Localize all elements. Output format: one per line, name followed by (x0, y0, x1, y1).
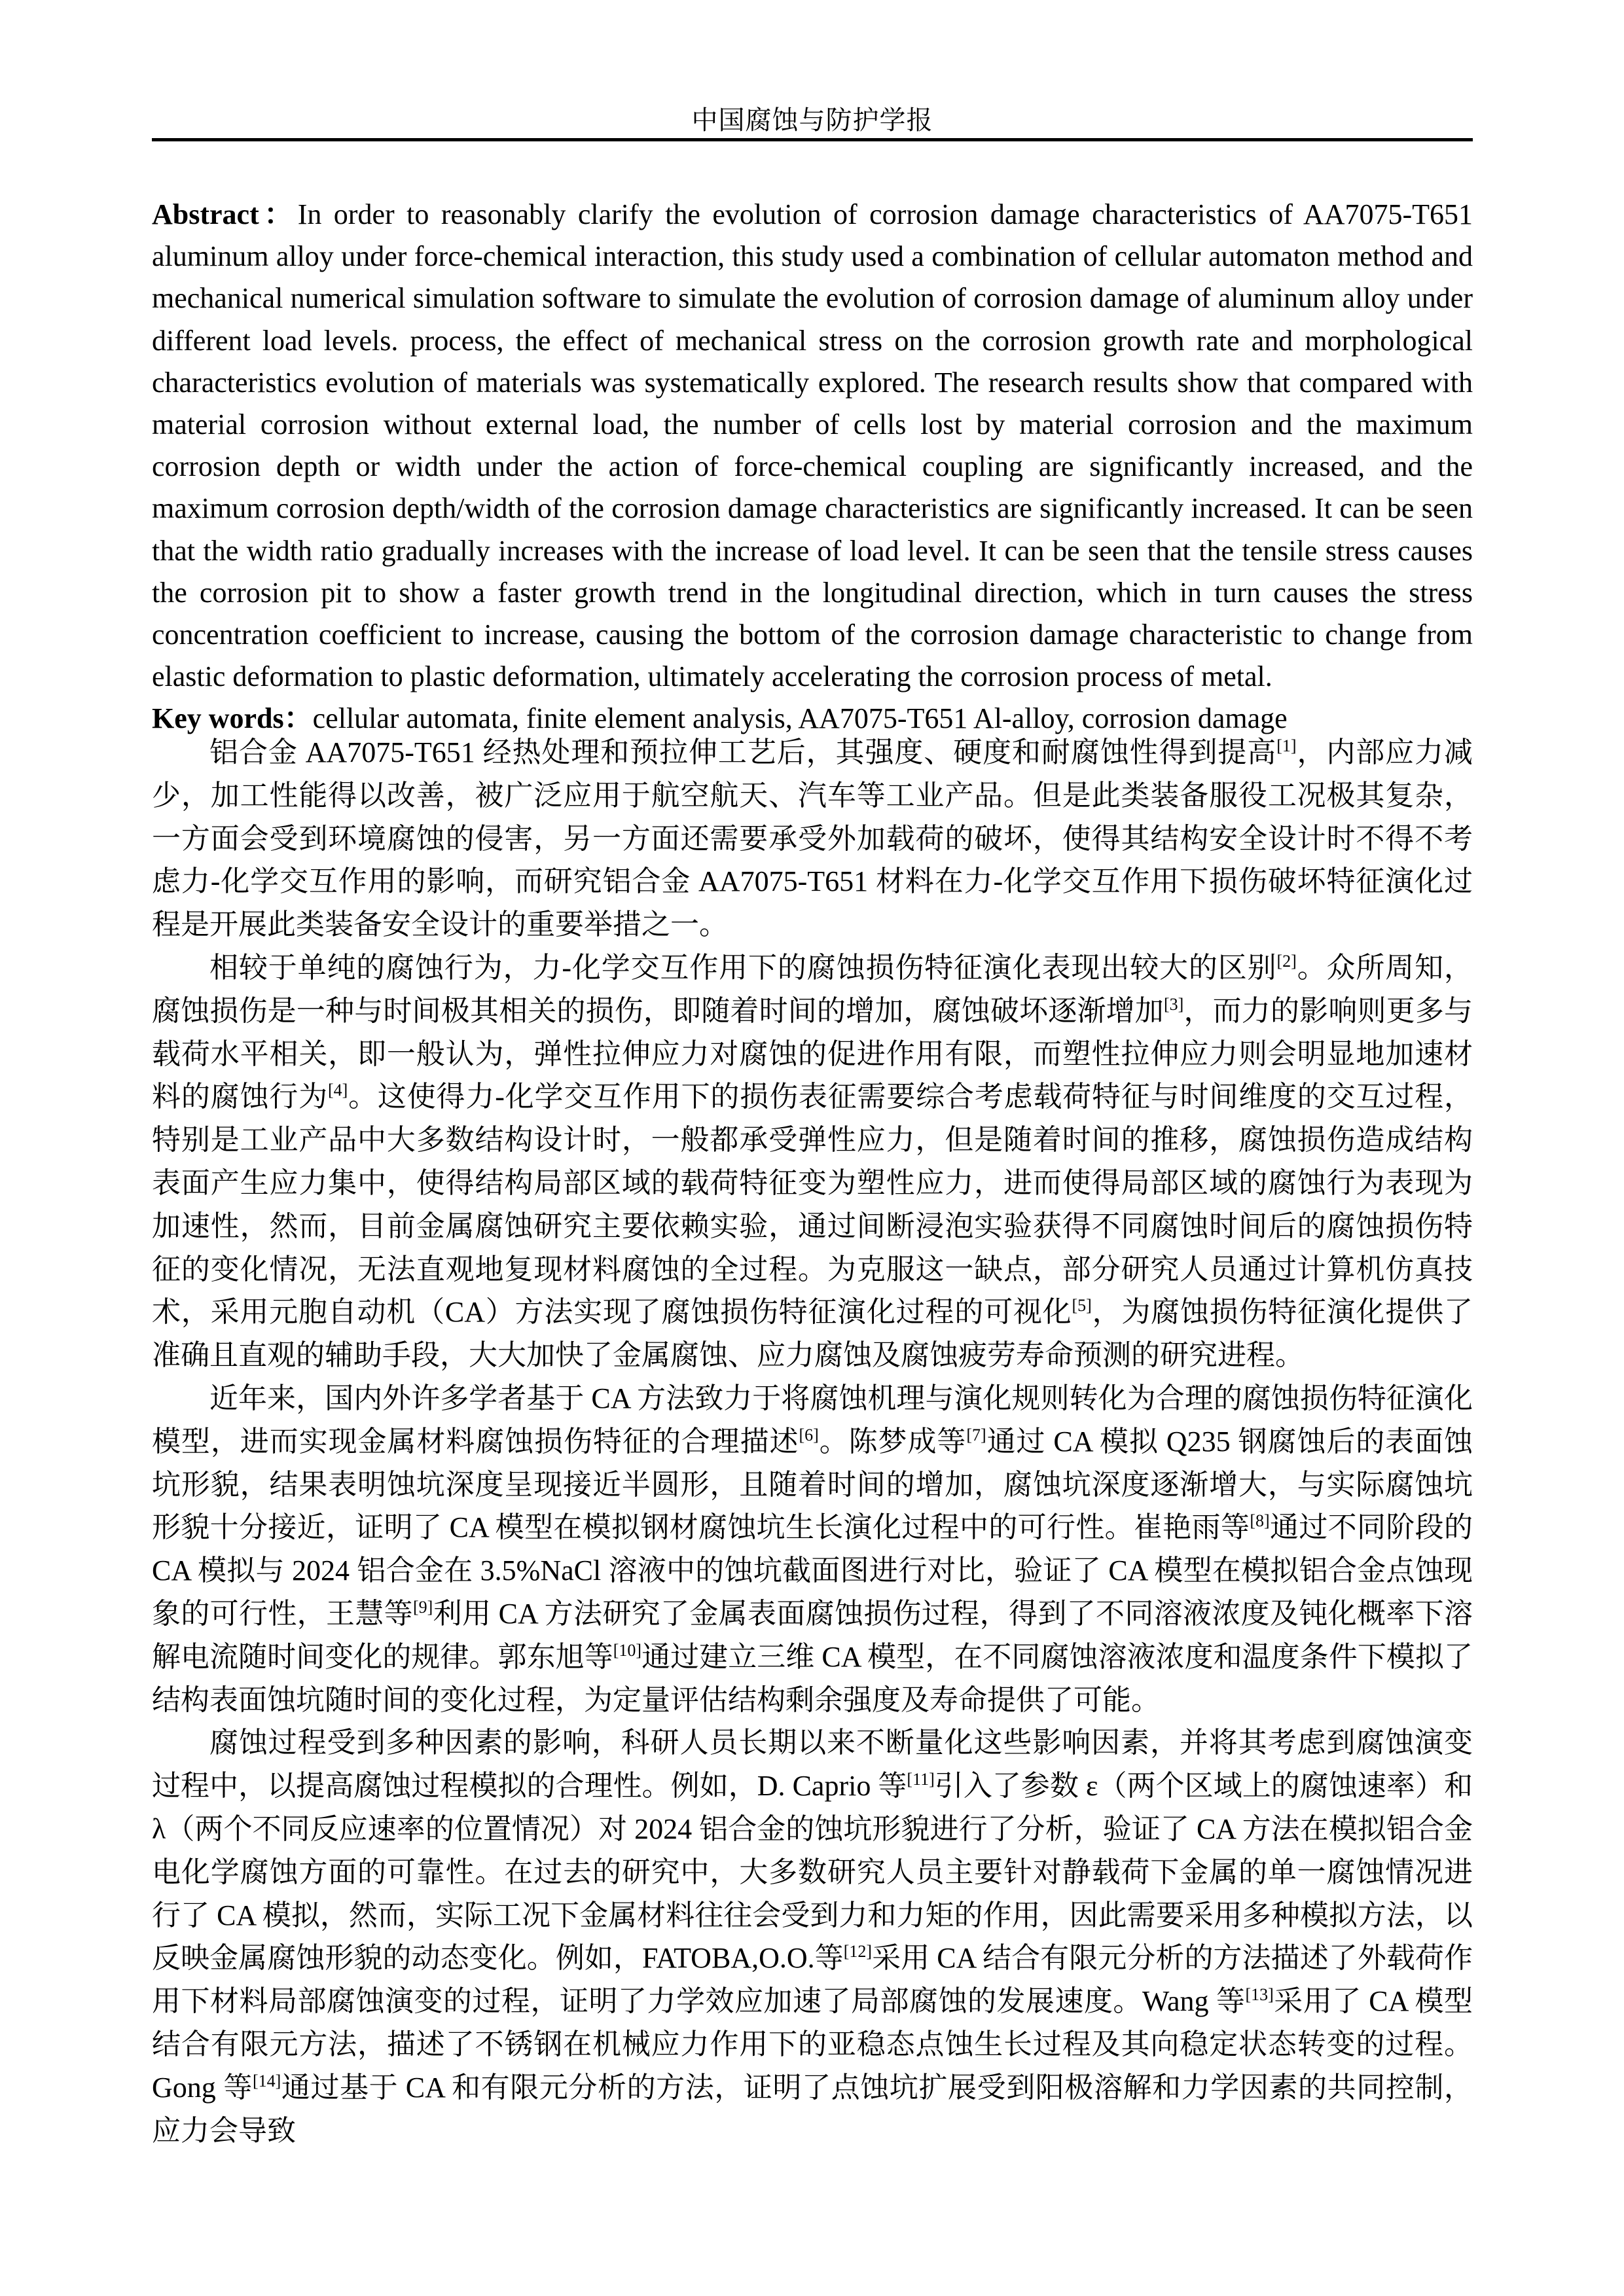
body-paragraph-1: 铝合金 AA7075-T651 经热处理和预拉伸工艺后，其强度、硬度和耐腐蚀性得… (152, 731, 1473, 946)
body-paragraph-3: 近年来，国内外许多学者基于 CA 方法致力于将腐蚀机理与演化规则转化为合理的腐蚀… (152, 1377, 1473, 1721)
abstract-text: In order to reasonably clarify the evolu… (152, 198, 1473, 692)
citation-ref-13: [13] (1245, 1985, 1273, 2004)
keywords-label: Key words： (152, 702, 313, 734)
paragraph-text: 。陈梦成等 (819, 1426, 967, 1458)
citation-ref-8: [8] (1250, 1511, 1269, 1530)
citation-ref-9: [9] (413, 1598, 433, 1617)
abstract-paragraph: Abstract：In order to reasonably clarify … (152, 194, 1473, 698)
citation-ref-3: [3] (1164, 995, 1183, 1014)
citation-ref-12: [12] (844, 1942, 872, 1961)
paragraph-text: 铝合金 AA7075-T651 经热处理和预拉伸工艺后，其强度、硬度和耐腐蚀性得… (209, 736, 1276, 768)
citation-ref-1: [1] (1276, 736, 1296, 755)
citation-ref-6: [6] (799, 1426, 818, 1444)
keywords-text: cellular automata, finite element analys… (313, 702, 1288, 734)
citation-ref-11: [11] (907, 1770, 934, 1789)
citation-ref-4: [4] (328, 1081, 348, 1100)
paragraph-text: 通过基于 CA 和有限元分析的方法，证明了点蚀坑扩展受到阳极溶解和力学因素的共同… (152, 2072, 1473, 2147)
citation-ref-2: [2] (1277, 952, 1297, 971)
citation-ref-7: [7] (966, 1426, 986, 1444)
header-divider (152, 138, 1473, 141)
journal-running-header: 中国腐蚀与防护学报 (152, 105, 1473, 136)
abstract-label: Abstract： (152, 198, 298, 230)
body-paragraph-4: 腐蚀过程受到多种因素的影响，科研人员长期以来不断量化这些影响因素，并将其考虑到腐… (152, 1721, 1473, 2152)
introduction-body: 铝合金 AA7075-T651 经热处理和预拉伸工艺后，其强度、硬度和耐腐蚀性得… (152, 731, 1473, 2152)
citation-ref-5: [5] (1072, 1296, 1091, 1315)
paragraph-text: 相较于单纯的腐蚀行为，力-化学交互作用下的腐蚀损伤特征演化表现出较大的区别 (209, 952, 1277, 984)
citation-ref-10: [10] (613, 1641, 641, 1660)
english-abstract-section: Abstract：In order to reasonably clarify … (152, 194, 1473, 740)
citation-ref-14: [14] (253, 2072, 281, 2090)
body-paragraph-2: 相较于单纯的腐蚀行为，力-化学交互作用下的腐蚀损伤特征演化表现出较大的区别[2]… (152, 946, 1473, 1377)
paragraph-text: 。这使得力-化学交互作用下的损伤表征需要综合考虑载荷特征与时间维度的交互过程，特… (152, 1081, 1473, 1328)
